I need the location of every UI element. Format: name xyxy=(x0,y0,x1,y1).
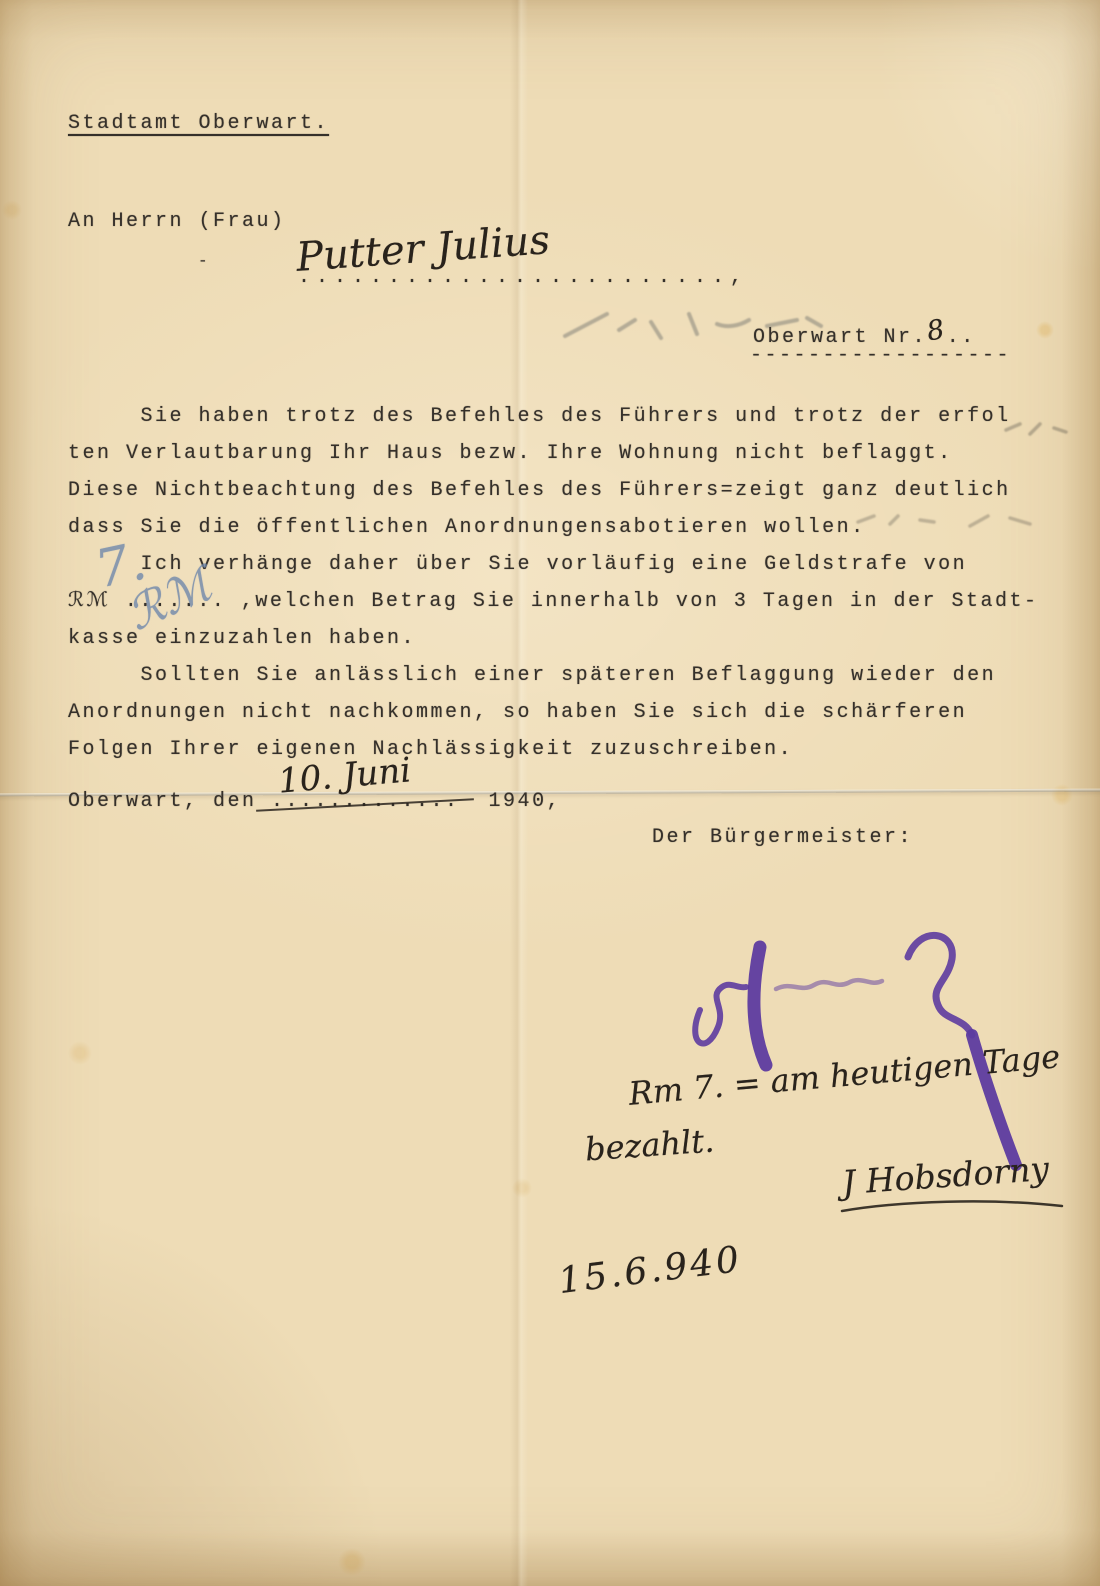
reference-number-handwritten: 8 xyxy=(924,314,949,348)
body-line: ten Verlautbarung Ihr Haus bezw. Ihre Wo… xyxy=(68,435,1058,472)
ink-smudge xyxy=(850,502,1050,536)
body-line: Folgen Ihrer eigenen Nachlässigkeit zuzu… xyxy=(68,731,1058,768)
payment-signature-underline xyxy=(840,1196,1068,1216)
body-line: Anordnungen nicht nachkommen, so haben S… xyxy=(68,694,1058,731)
body-line: Sollten Sie anlässlich einer späteren Be… xyxy=(68,657,1058,694)
recipient-salutation: An Herrn (Frau) xyxy=(68,210,286,233)
dash-mark: - xyxy=(198,252,210,270)
body-line: Sie haben trotz des Befehles des Führers… xyxy=(68,398,1058,435)
body-line: kasse einzuzahlen haben. xyxy=(68,620,1058,657)
ink-smudge xyxy=(1000,410,1080,444)
document-page: Stadtamt Oberwart. An Herrn (Frau) - Put… xyxy=(0,0,1100,1586)
body-line: Ich verhänge daher über Sie vorläufig ei… xyxy=(68,546,1058,583)
mayor-title: Der Bürgermeister: xyxy=(652,826,913,849)
payment-date: 15.6.940 xyxy=(556,1239,744,1302)
letter-body: Sie haben trotz des Befehles des Führers… xyxy=(68,398,1058,768)
office-header: Stadtamt Oberwart. xyxy=(68,112,329,135)
recipient-dotted-line: ........................, xyxy=(298,266,748,289)
reference-underline: ------------------ xyxy=(750,344,1011,367)
